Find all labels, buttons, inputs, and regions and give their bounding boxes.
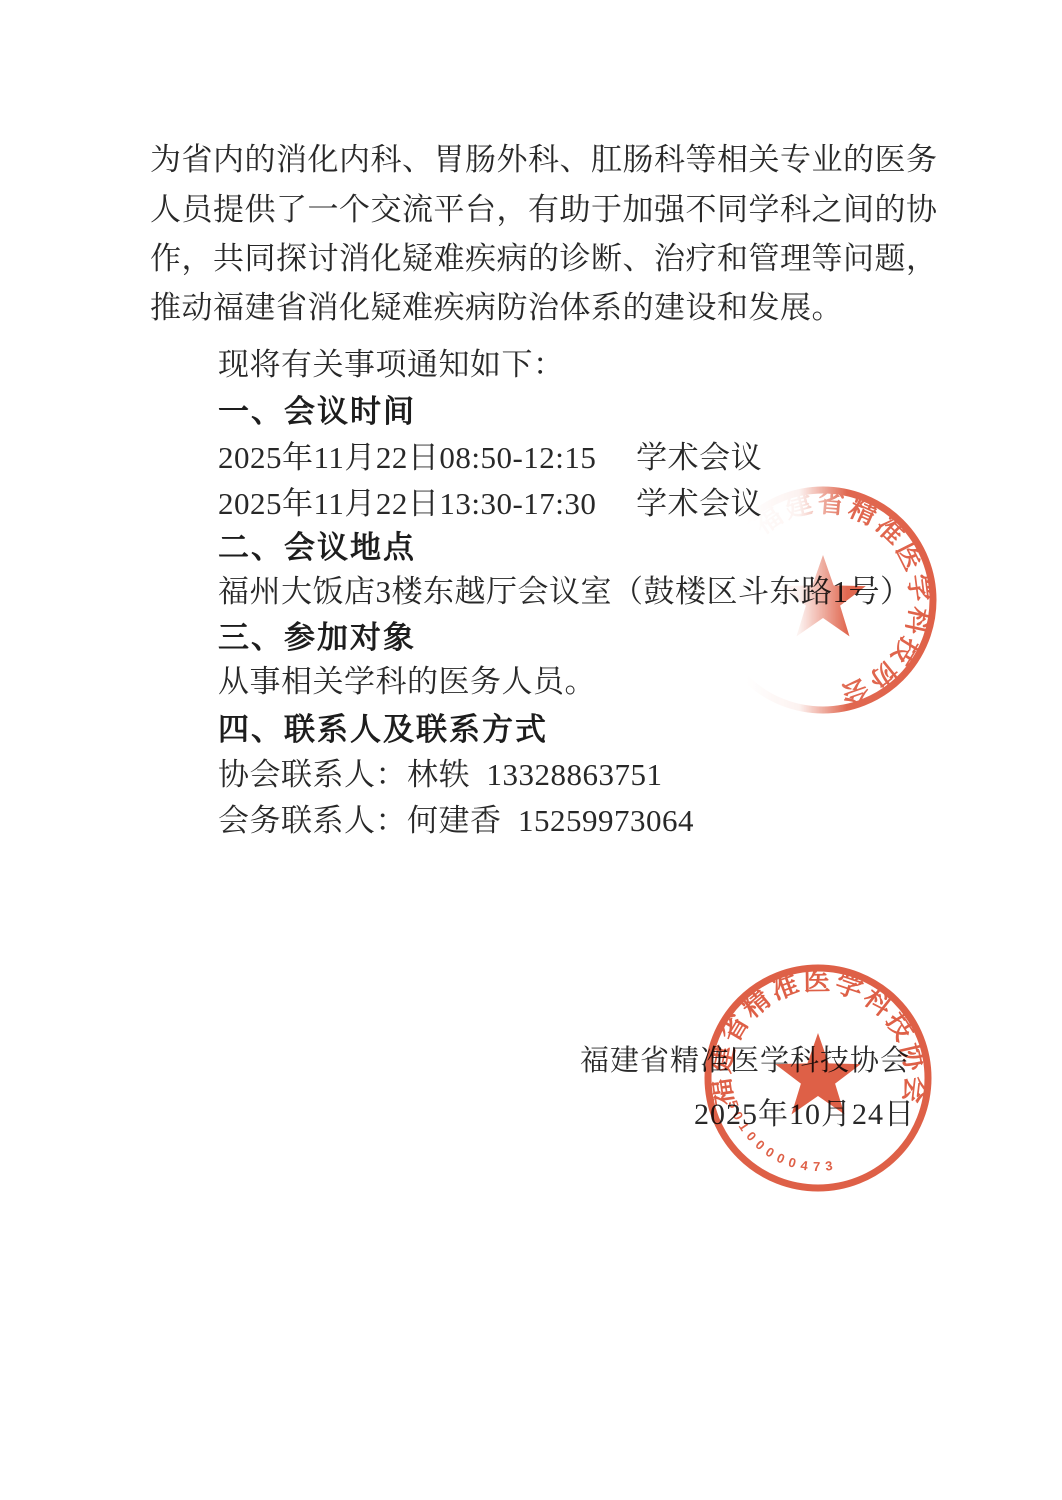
- section-heading-contacts: 四、联系人及联系方式: [218, 712, 548, 748]
- paragraph-line-4: 推动福建省消化疑难疾病防治体系的建设和发展。: [150, 290, 843, 326]
- seal-ring-text: 福建省精准医学科技协会: [705, 966, 931, 1107]
- venue-line: 福州大饭店3楼东越厅会议室（鼓楼区斗东路1号）: [218, 574, 912, 610]
- signature-date: 2025年10月24日: [694, 1098, 915, 1133]
- paragraph-line-3: 作，共同探讨消化疑难疾病的诊断、治疗和管理等问题，: [150, 241, 938, 277]
- paragraph-line-2: 人员提供了一个交流平台，有助于加强不同学科之间的协: [150, 192, 938, 228]
- intro-line: 现将有关事项通知如下：: [218, 347, 565, 383]
- section-heading-meeting-time: 一、会议时间: [218, 394, 416, 430]
- meeting-time-line-2: 2025年11月22日13:30-17:30 学术会议: [218, 486, 762, 522]
- section-heading-venue: 二、会议地点: [218, 530, 416, 566]
- scanned-notice-page: 为省内的消化内科、胃肠外科、肛肠科等相关专业的医务 人员提供了一个交流平台，有助…: [0, 0, 1062, 1500]
- section-heading-participants: 三、参加对象: [218, 620, 416, 656]
- paragraph-line-1: 为省内的消化内科、胃肠外科、肛肠科等相关专业的医务: [150, 142, 938, 178]
- meeting-time-line-1: 2025年11月22日08:50-12:15 学术会议: [218, 440, 762, 476]
- association-contact-line: 协会联系人：林轶 13328863751: [218, 757, 663, 793]
- conference-contact-line: 会务联系人：何建香 15259973064: [218, 803, 694, 839]
- signature-org: 福建省精准医学科技协会: [580, 1045, 910, 1078]
- participants-line: 从事相关学科的医务人员。: [218, 664, 596, 700]
